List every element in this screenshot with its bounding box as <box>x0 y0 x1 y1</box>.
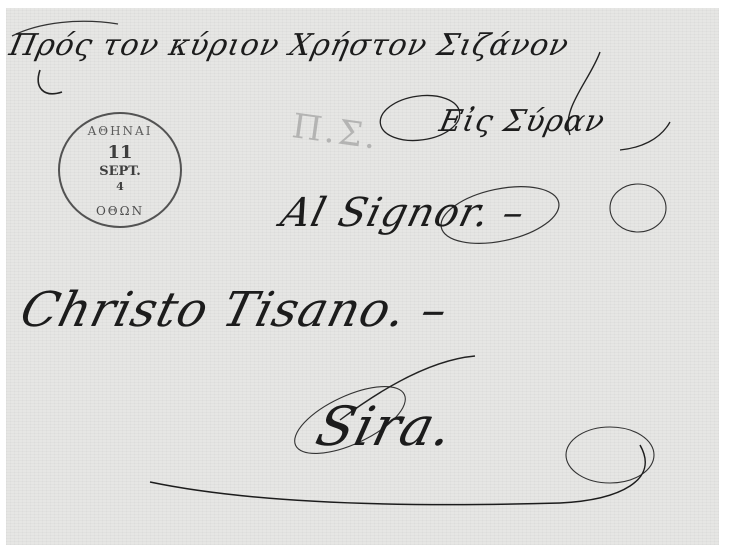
salutation-line: Al Signor. – <box>276 190 530 236</box>
greek-address-line1: Πρός τον κύριον Χρήστον Σιζάνον <box>6 28 572 63</box>
postmark-top-text: ΑΘΗΝΑΙ <box>60 124 180 138</box>
greek-address-line2: Εἰς Σύραν <box>436 104 608 139</box>
postmark-bottom-text: ΟΘΩΝ <box>60 204 180 218</box>
postmark-day: 11 <box>60 142 180 163</box>
postmark-circle: ΑΘΗΝΑΙ 11 SEPT. 4 ΟΘΩΝ <box>58 112 182 228</box>
postmark-number: 4 <box>60 180 180 193</box>
postmark-month: SEPT. <box>60 164 180 179</box>
destination-place: Sira. <box>310 395 460 458</box>
ink-flourishes <box>0 0 731 553</box>
recipient-name: Christo Tisano. – <box>15 282 454 338</box>
